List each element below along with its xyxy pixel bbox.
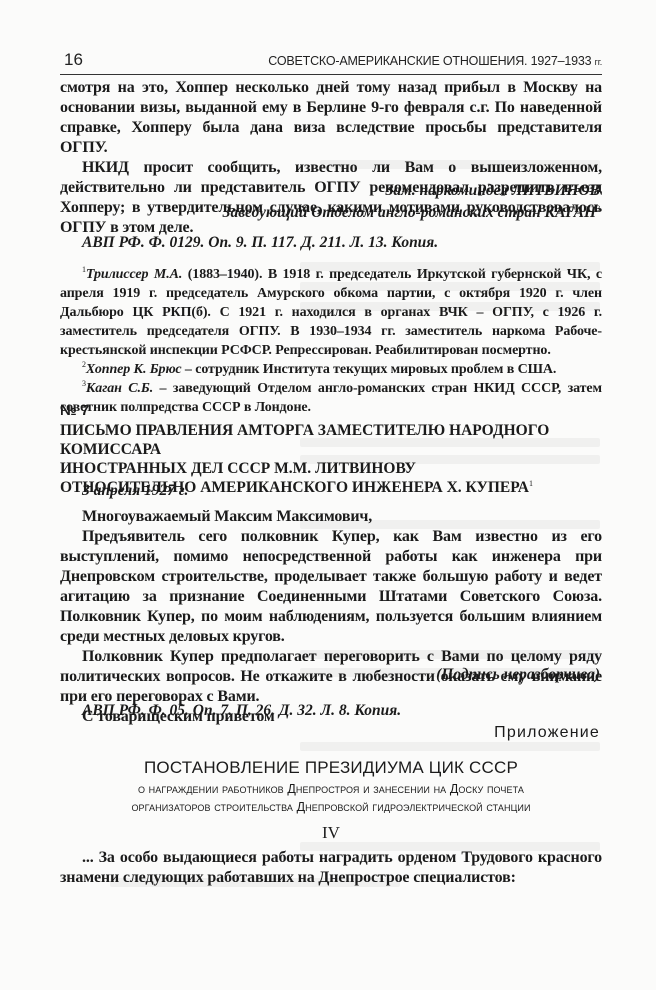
section-number: IV [60, 823, 602, 843]
document-number: № 7 [60, 402, 89, 419]
letter-signature: (Подпись неразборчива) [436, 666, 600, 684]
title-line: ПИСЬМО ПРАВЛЕНИЯ АМТОРГА ЗАМЕСТИТЕЛЮ НАР… [60, 421, 620, 459]
letter-body: Многоуважаемый Максим Максимович, Предъя… [60, 507, 602, 727]
running-head-suffix: гг. [595, 57, 602, 67]
footnote-name: Каган С.Б. [86, 381, 153, 396]
salutation: Многоуважаемый Максим Максимович, [60, 507, 602, 527]
footnote-name: Трилиссер М.А. [86, 267, 182, 282]
resolution-text: ... За особо выдающиеся работы наградить… [60, 848, 602, 888]
title-line: ИНОСТРАННЫХ ДЕЛ СССР М.М. ЛИТВИНОВУ [60, 459, 620, 478]
subtitle-line: о награждении работников Днепростроя и з… [60, 780, 602, 798]
paragraph: смотря на это, Хоппер несколько дней том… [60, 78, 602, 158]
signature-text: Заведующий Отделом англо-романских стран… [223, 204, 596, 221]
footnote-name: Хоппер К. Брюс [86, 362, 182, 377]
page-header: 16 СОВЕТСКО-АМЕРИКАНСКИЕ ОТНОШЕНИЯ. 1927… [60, 50, 602, 75]
paragraph: Предъявитель сего полковник Купер, как В… [60, 527, 602, 647]
footnote: 1Трилиссер М.А. (1883–1940). В 1918 г. п… [60, 265, 602, 360]
footnotes: 1Трилиссер М.А. (1883–1940). В 1918 г. п… [60, 265, 602, 417]
resolution-subtitle: о награждении работников Днепростроя и з… [60, 780, 602, 816]
footnote: 3Каган С.Б. – заведующий Отделом англо-р… [60, 379, 602, 417]
archive-source: АВП РФ. Ф. 05. Оп. 7. П. 26. Д. 32. Л. 8… [82, 702, 401, 720]
running-head-text: СОВЕТСКО-АМЕРИКАНСКИЕ ОТНОШЕНИЯ. 1927–19… [268, 54, 591, 68]
document-date: 3 апреля 1927 г. [82, 482, 188, 500]
footnote: 2Хоппер К. Брюс – сотрудник Института те… [60, 360, 602, 379]
footnote-text: – сотрудник Института текущих мировых пр… [182, 362, 557, 377]
archive-source: АВП РФ. Ф. 0129. Оп. 9. П. 117. Д. 211. … [82, 234, 438, 252]
subtitle-line: организаторов строительства Днепровской … [60, 798, 602, 816]
resolution-title: ПОСТАНОВЛЕНИЕ ПРЕЗИДИУМА ЦИК СССР [60, 758, 602, 778]
signature-litvinov: Зам. наркоминдел ЛИТВИНОВ [385, 182, 600, 200]
signature-text: Зам. наркоминдел ЛИТВИНОВ [385, 182, 600, 199]
paragraph: ... За особо выдающиеся работы наградить… [60, 848, 602, 888]
running-head: СОВЕТСКО-АМЕРИКАНСКИЕ ОТНОШЕНИЯ. 1927–19… [268, 54, 602, 68]
footnote-mark: 1 [529, 479, 533, 488]
page-number: 16 [64, 50, 83, 70]
document-page: 16 СОВЕТСКО-АМЕРИКАНСКИЕ ОТНОШЕНИЯ. 1927… [0, 0, 656, 990]
signature-kagan: Заведующий Отделом англо-романских стран… [223, 204, 600, 222]
appendix-label: Приложение [494, 724, 600, 742]
footnote-mark: 3 [596, 204, 600, 213]
